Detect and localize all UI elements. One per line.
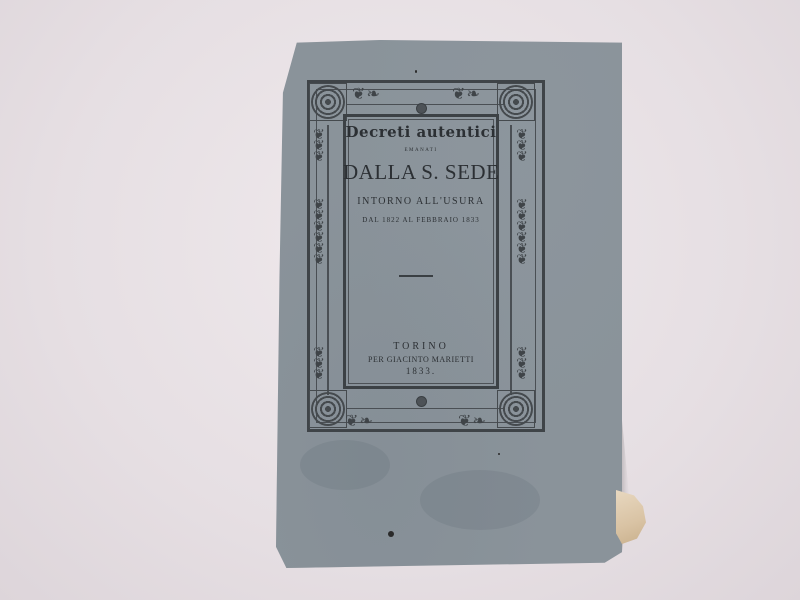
- water-stain: [300, 440, 390, 490]
- divider-rule: [399, 275, 433, 277]
- corner-top-left: [309, 83, 347, 121]
- cover-title: Decreti autentici: [343, 123, 499, 141]
- vine-ornament-icon: ❦❦❦: [312, 348, 326, 381]
- sprig-ornament-icon: ❦ ❧: [452, 86, 478, 102]
- imprint-publisher: PER GIACINTO MARIETTI: [343, 355, 499, 364]
- vine-ornament-icon: ❦❦❦❦❦❦: [515, 200, 529, 266]
- cover-subheading: INTORNO ALL'USURA: [343, 196, 499, 207]
- ink-speck: [498, 453, 500, 455]
- vine-ornament-icon: ❦❦❦: [515, 348, 529, 381]
- imprint-year: 1833.: [343, 366, 499, 376]
- ink-speck: [388, 531, 394, 537]
- corner-bottom-right: [497, 390, 535, 428]
- torn-corner: [616, 490, 646, 544]
- dot-ornament-icon: [416, 396, 427, 407]
- imprint-place: TORINO: [343, 341, 499, 352]
- cover-subtitle-small: EMANATI: [343, 148, 499, 153]
- rosette-icon: [499, 85, 533, 119]
- corner-top-right: [497, 83, 535, 121]
- corner-bottom-left: [309, 390, 347, 428]
- cover-date-range: DAL 1822 AL FEBBRAIO 1833: [343, 216, 499, 224]
- rosette-icon: [499, 392, 533, 426]
- cover-heading: DALLA S. SEDE: [343, 160, 499, 185]
- left-column-rule: [327, 125, 329, 395]
- vine-ornament-icon: ❦❦❦: [312, 130, 326, 163]
- vine-ornament-icon: ❦❦❦❦❦❦: [312, 200, 326, 266]
- dot-ornament-icon: [416, 103, 427, 114]
- ink-speck: [415, 70, 417, 73]
- sprig-ornament-icon: ❦ ❧: [352, 86, 378, 102]
- rosette-icon: [311, 392, 345, 426]
- sprig-ornament-icon: ❦ ❧: [458, 413, 484, 429]
- rosette-icon: [311, 85, 345, 119]
- sprig-ornament-icon: ❦ ❧: [345, 413, 371, 429]
- right-column-rule: [510, 125, 512, 395]
- water-stain: [420, 470, 540, 530]
- vine-ornament-icon: ❦❦❦: [515, 130, 529, 163]
- bottom-row-rule: [346, 408, 504, 409]
